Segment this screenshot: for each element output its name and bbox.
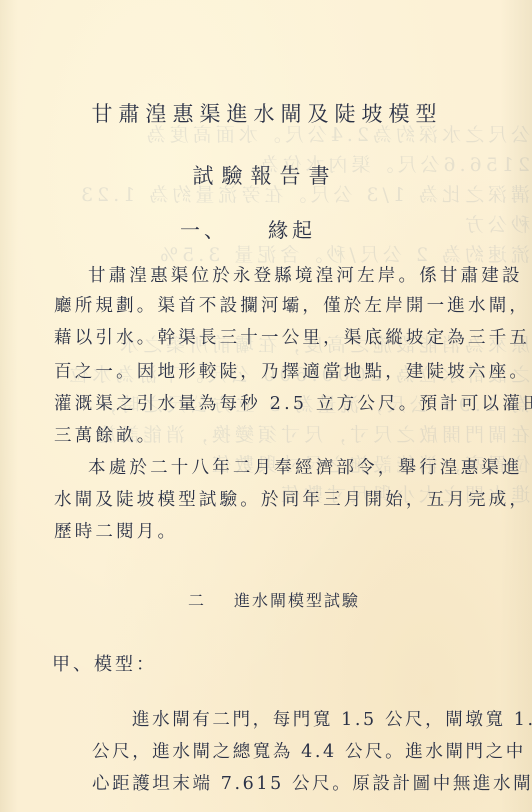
document-subtitle: 試驗報告書 <box>60 160 470 190</box>
subsection-heading: 甲、模型： <box>52 650 157 676</box>
section-heading-1: 一、緣起 <box>180 214 316 243</box>
scanned-page: 公尺之水深約為2.4公尺。水面高度為2156.6公尺。渠內水位為 溝深之比為 1… <box>0 0 532 812</box>
section-number: 二 <box>188 591 206 610</box>
paragraph-line: 三萬餘畝。 <box>54 422 158 447</box>
paragraph-line: 本處於二十八年二月奉經濟部令，舉行湟惠渠進 <box>88 454 523 479</box>
paragraph-line: 灌溉渠之引水量為每秒 2.5 立方公尺。預計可以灌田 <box>54 390 532 415</box>
paragraph-line: 水閘及陡坡模型試驗。於同年三月開始，五月完成， <box>54 486 530 511</box>
paragraph-line: 百之一。因地形較陡，乃擇適當地點，建陡坡六座。 <box>54 358 530 383</box>
paragraph-line: 進水閘有二門，每門寬 1.5 公尺，閘墩寬 1.4 <box>132 706 532 731</box>
paragraph-line: 公尺，進水閘之總寬為 4.4 公尺。進水閘門之中 <box>92 738 526 763</box>
paragraph-line: 藉以引水。幹渠長三十一公里，渠底縱坡定為三千五 <box>54 324 530 349</box>
document-title: 甘肅湟惠渠進水閘及陡坡模型 <box>62 98 472 128</box>
section-heading-2: 二進水閘模型試驗 <box>188 588 360 611</box>
paragraph-line: 廳所規劃。渠首不設攔河壩，僅於左岸開一進水閘， <box>54 292 530 317</box>
section-title: 緣起 <box>268 218 316 242</box>
section-number: 一、 <box>180 218 228 242</box>
paragraph-line: 甘肅湟惠渠位於永登縣境湟河左岸。係甘肅建設 <box>88 262 523 287</box>
paragraph-line: 歷時二閱月。 <box>54 518 178 543</box>
section-title: 進水閘模型試驗 <box>234 591 360 610</box>
paragraph-line: 心距護坦末端 7.615 公尺。原設計圖中無進水閘 <box>92 770 532 795</box>
